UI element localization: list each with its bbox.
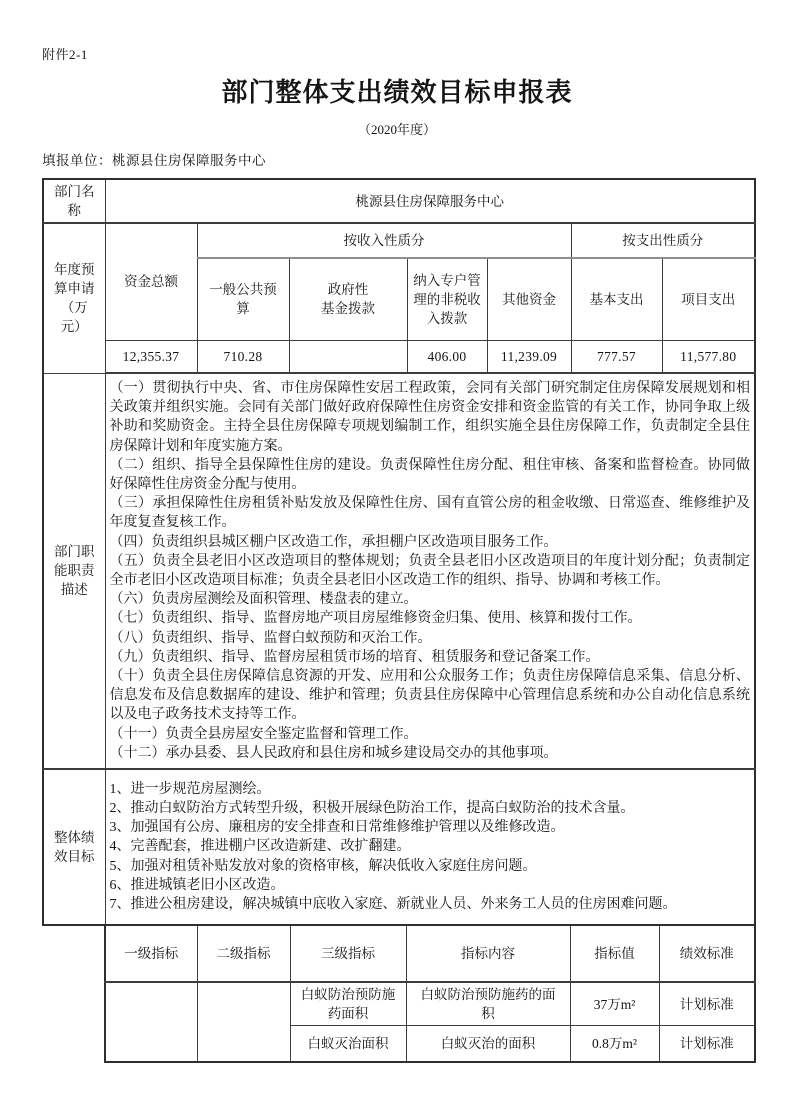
goal-item: 5、加强对租赁补贴发放对象的资格审核，解决低收入家庭住房问题。 (110, 857, 751, 876)
form-year: （2020年度） (0, 119, 794, 138)
other-funds-value: 11,239.09 (487, 340, 571, 373)
duty-item: （三）承担保障性住房租赁补贴发放及保障性住房、国有直管公房的租金收缴、日常巡查、… (110, 494, 751, 532)
basic-expense-header: 基本支出 (571, 258, 662, 340)
indicator-header-row: 一级指标 二级指标 三级指标 指标内容 指标值 绩效标准 (105, 925, 755, 982)
project-expense-header: 项目支出 (662, 258, 755, 340)
total-amount-header: 资金总额 (105, 223, 197, 340)
basic-expense-value: 777.57 (571, 340, 662, 373)
duty-item: （七）负责组织、指导、监督房地产项目房屋维修资金归集、使用、核算和拨付工作。 (110, 609, 751, 628)
department-name-row: 部门名 称 桃源县住房保障服务中心 (43, 179, 755, 223)
general-public-budget-header: 一般公共预 算 (197, 258, 289, 340)
duty-item: （二）组织、指导全县保障性住房的建设。负责保障性住房分配、租住审核、备案和监督检… (110, 456, 751, 494)
indicator-table: 一级指标 二级指标 三级指标 指标内容 指标值 绩效标准 白蚁防治预防施 药面积… (104, 924, 756, 1063)
duty-item: （十）负责全县住房保障信息资源的开发、应用和公众服务工作；负责住房保障信息采集、… (110, 667, 751, 725)
level2-indicator-cell (197, 982, 290, 1062)
level1-indicator-header: 一级指标 (105, 925, 197, 982)
goal-item: 6、推进城镇老旧小区改造。 (110, 876, 751, 895)
level2-indicator-header: 二级指标 (197, 925, 290, 982)
indicator-value-header: 指标值 (570, 925, 659, 982)
duty-item: （四）负责组织县城区棚户区改造工作，承担棚户区改造项目服务工作。 (110, 533, 751, 552)
form-title: 部门整体支出绩效目标申报表 (0, 72, 794, 109)
department-name-value: 桃源县住房保障服务中心 (105, 179, 755, 223)
goals-label: 整体绩 效目标 (43, 769, 105, 925)
level3-indicator-cell: 白蚁防治预防施 药面积 (290, 982, 406, 1026)
nontax-income-header: 纳入专户管 理的非税收 入拨款 (407, 258, 487, 340)
expense-group-header: 按支出性质分 (571, 223, 755, 258)
duty-item: （八）负责组织、指导、监督白蚁预防和灭治工作。 (110, 629, 751, 648)
performance-standard-cell: 计划标准 (659, 1026, 755, 1062)
budget-value-row: 12,355.37 710.28 406.00 11,239.09 777.57… (43, 340, 755, 373)
reporting-unit: 填报单位：桃源县住房保障服务中心 (42, 149, 266, 169)
indicator-value-cell: 37万m² (570, 982, 659, 1026)
document-page: 附件2-1 部门整体支出绩效目标申报表 （2020年度） 填报单位：桃源县住房保… (0, 0, 794, 1107)
goals-row: 整体绩 效目标 1、进一步规范房屋测绘。 2、推动白蚁防治方式转型升级，积极开展… (43, 769, 755, 925)
department-name-label: 部门名 称 (43, 179, 105, 223)
duty-item: （六）负责房屋测绘及面积管理、楼盘表的建立。 (110, 590, 751, 609)
goal-item: 1、进一步规范房屋测绘。 (110, 780, 751, 799)
form-body: 部门名 称 桃源县住房保障服务中心 年度预 算申请 （万 元） 资金总额 按收入… (42, 178, 756, 1063)
duty-item: （一）贯彻执行中央、省、市住房保障性安居工程政策，会同有关部门研究制定住房保障发… (110, 379, 751, 456)
general-public-budget-value: 710.28 (197, 340, 289, 373)
goal-item: 3、加强国有公房、廉租房的安全排查和日常维修维护管理以及维修改造。 (110, 818, 751, 837)
duties-row: 部门职 能职责 描述 （一）贯彻执行中央、省、市住房保障性安居工程政策，会同有关… (43, 373, 755, 769)
total-amount-value: 12,355.37 (105, 340, 197, 373)
level1-indicator-cell (105, 982, 197, 1062)
indicator-value-cell: 0.8万m² (570, 1026, 659, 1062)
gov-fund-header: 政府性 基金拨款 (289, 258, 407, 340)
goal-item: 7、推进公租房建设，解决城镇中底收入家庭、新就业人员、外来务工人员的住房困难问题… (110, 895, 751, 914)
project-expense-value: 11,577.80 (662, 340, 755, 373)
performance-standard-cell: 计划标准 (659, 982, 755, 1026)
goals-text: 1、进一步规范房屋测绘。 2、推动白蚁防治方式转型升级，积极开展绿色防治工作，提… (105, 769, 755, 925)
level3-indicator-cell: 白蚁灭治面积 (290, 1026, 406, 1062)
main-table: 部门名 称 桃源县住房保障服务中心 年度预 算申请 （万 元） 资金总额 按收入… (42, 178, 756, 926)
duty-item: （十二）承办县委、县人民政府和县住房和城乡建设局交办的其他事项。 (110, 744, 751, 763)
other-funds-header: 其他资金 (487, 258, 571, 340)
goal-item: 4、完善配套，推进棚户区改造新建、改扩翻建。 (110, 837, 751, 856)
performance-standard-header: 绩效标准 (659, 925, 755, 982)
duties-text: （一）贯彻执行中央、省、市住房保障性安居工程政策，会同有关部门研究制定住房保障发… (105, 373, 755, 769)
indicator-content-header: 指标内容 (406, 925, 570, 982)
duty-item: （九）负责组织、指导、监督房屋租赁市场的培育、租赁服务和登记备案工作。 (110, 648, 751, 667)
level3-indicator-header: 三级指标 (290, 925, 406, 982)
nontax-income-value: 406.00 (407, 340, 487, 373)
duty-item: （十一）负责全县房屋安全鉴定监督和管理工作。 (110, 725, 751, 744)
attachment-label: 附件2-1 (42, 44, 88, 63)
duties-label: 部门职 能职责 描述 (43, 373, 105, 769)
indicator-content-cell: 白蚁防治预防施药的面 积 (406, 982, 570, 1026)
gov-fund-value (289, 340, 407, 373)
budget-row-label: 年度预 算申请 （万 元） (43, 223, 105, 373)
goal-item: 2、推动白蚁防治方式转型升级，积极开展绿色防治工作，提高白蚁防治的技术含量。 (110, 799, 751, 818)
budget-group-row: 年度预 算申请 （万 元） 资金总额 按收入性质分 按支出性质分 (43, 223, 755, 258)
indicator-content-cell: 白蚁灭治的面积 (406, 1026, 570, 1062)
indicator-row: 白蚁防治预防施 药面积 白蚁防治预防施药的面 积 37万m² 计划标准 (105, 982, 755, 1026)
income-group-header: 按收入性质分 (197, 223, 571, 258)
duty-item: （五）负责全县老旧小区改造项目的整体规划；负责全县老旧小区改造项目的年度计划分配… (110, 552, 751, 590)
